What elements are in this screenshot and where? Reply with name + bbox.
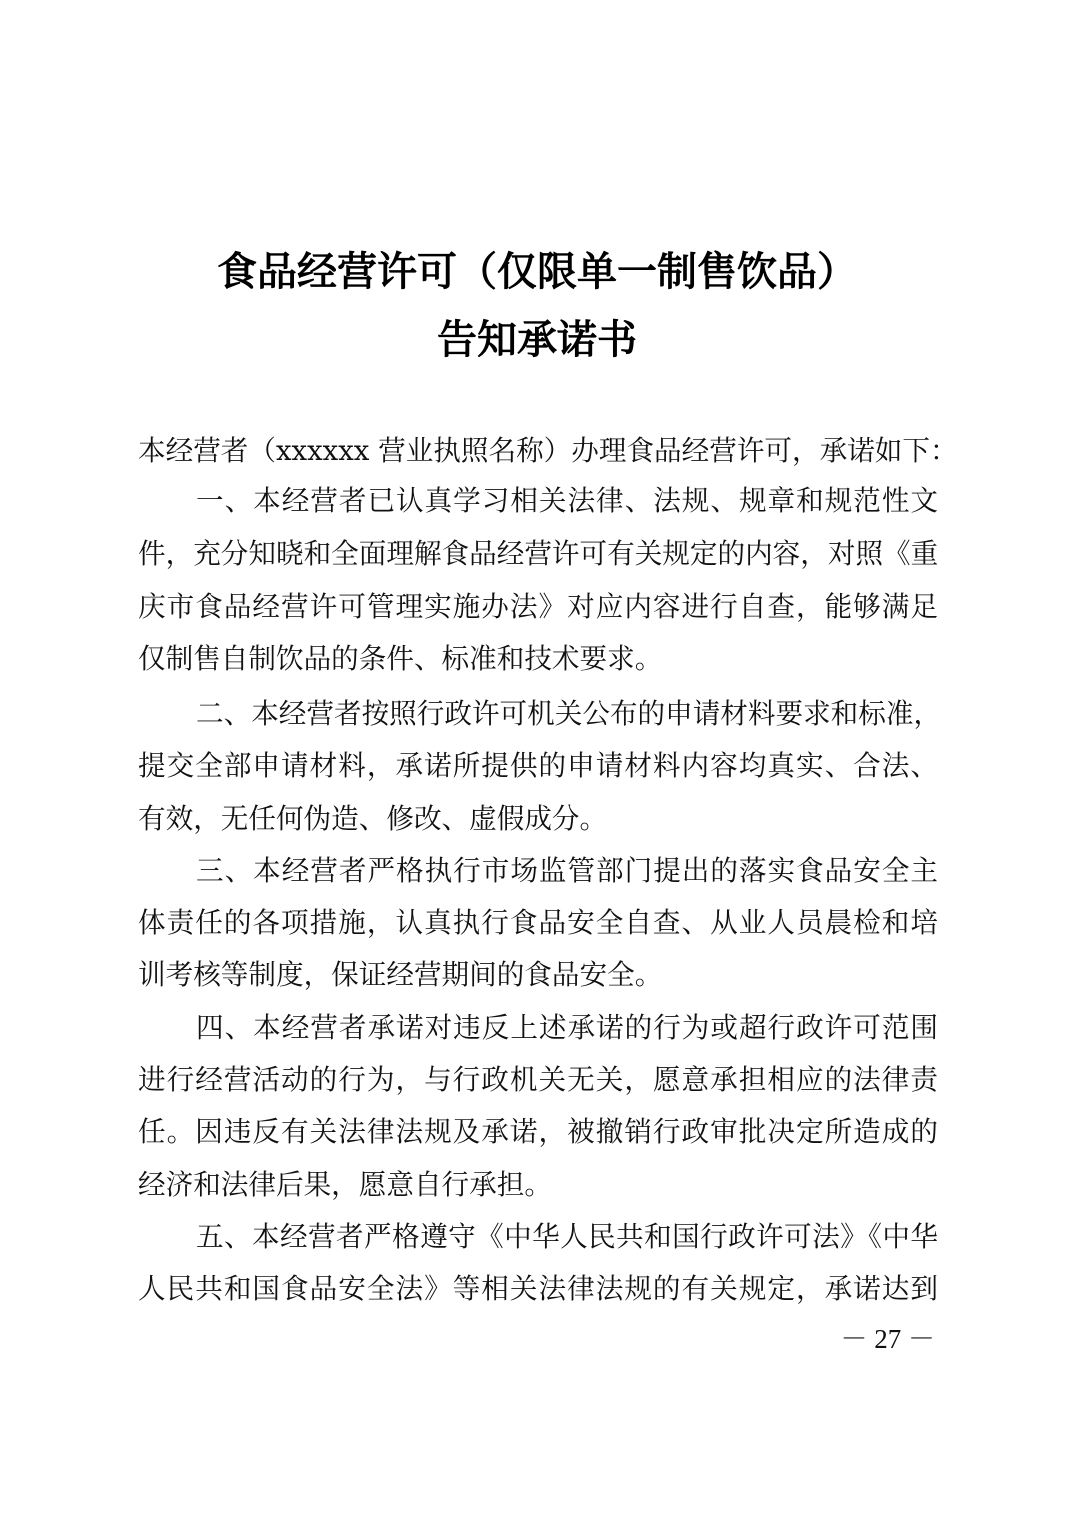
- clause-1-line: 一、本经营者已认真学习相关法律、法规、规章和规范性文: [196, 487, 938, 515]
- document-title-line1: 食品经营许可（仅限单一制售饮品）: [0, 252, 1074, 292]
- clause-4-line: 进行经营活动的行为，与行政机关无关，愿意承担相应的法律责: [138, 1066, 938, 1094]
- clause-5-line: 人民共和国食品安全法》等相关法律法规的有关规定，承诺达到: [138, 1275, 938, 1303]
- clause-4-line: 任。因违反有关法律法规及承诺，被撤销行政审批决定所造成的: [138, 1118, 938, 1146]
- document-page: 食品经营许可（仅限单一制售饮品） 告知承诺书 本经营者（xxxxxx 营业执照名…: [0, 0, 1074, 1520]
- clause-1-line: 件，充分知晓和全面理解食品经营许可有关规定的内容，对照《重: [138, 540, 938, 568]
- document-title-line2: 告知承诺书: [0, 320, 1074, 360]
- clause-3-line: 训考核等制度，保证经营期间的食品安全。: [138, 961, 938, 989]
- clause-3-line: 体责任的各项措施，认真执行食品安全自查、从业人员晨检和培: [138, 909, 938, 937]
- clause-1-line: 仅制售自制饮品的条件、标准和技术要求。: [138, 645, 938, 673]
- clause-4-line: 经济和法律后果，愿意自行承担。: [138, 1171, 938, 1199]
- clause-2-line: 提交全部申请材料，承诺所提供的申请材料内容均真实、合法、: [138, 752, 938, 780]
- clause-2-line: 有效，无任何伪造、修改、虚假成分。: [138, 805, 938, 833]
- clause-2-line: 二、本经营者按照行政许可机关公布的申请材料要求和标准，: [196, 700, 938, 728]
- page-number: － 27 －: [835, 1326, 935, 1353]
- clause-3-line: 三、本经营者严格执行市场监管部门提出的落实食品安全主: [196, 857, 938, 885]
- clause-1-line: 庆市食品经营许可管理实施办法》对应内容进行自查，能够满足: [138, 593, 938, 621]
- clause-4-line: 四、本经营者承诺对违反上述承诺的行为或超行政许可范围: [196, 1014, 938, 1042]
- clause-5-line: 五、本经营者严格遵守《中华人民共和国行政许可法》《中华: [196, 1223, 938, 1251]
- intro-line: 本经营者（xxxxxx 营业执照名称）办理食品经营许可，承诺如下：: [138, 437, 938, 465]
